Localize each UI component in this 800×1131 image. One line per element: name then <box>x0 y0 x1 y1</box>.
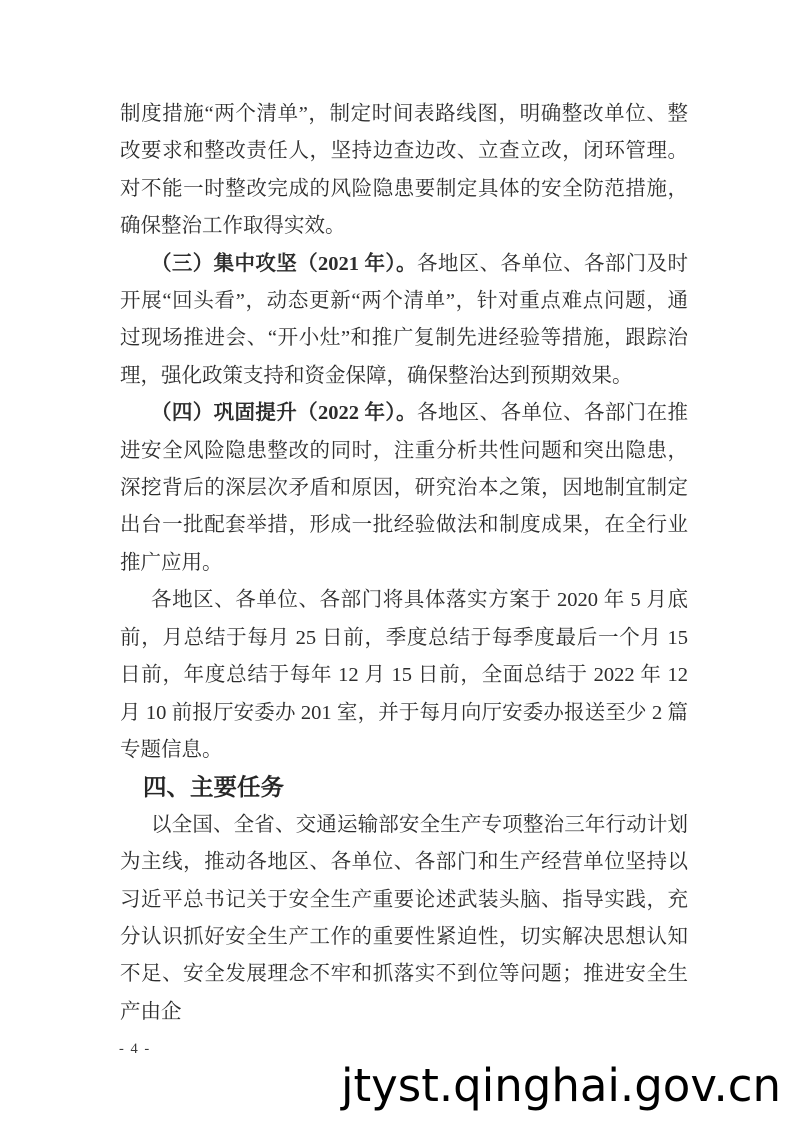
paragraph-reporting-schedule: 各地区、各单位、各部门将具体落实方案于 2020 年 5 月底前，月总结于每月 … <box>120 582 688 769</box>
paragraph-text: 各地区、各单位、各部门在推进安全风险隐患整改的同时，注重分析共性问题和突出隐患，… <box>120 402 688 574</box>
paragraph-text: 制度措施“两个清单”，制定时间表路线图，明确整改单位、整改要求和整改责任人，坚持… <box>120 103 688 237</box>
section-heading-main-tasks: 四、主要任务 <box>143 769 688 806</box>
page-number: - 4 - <box>119 1041 151 1058</box>
paragraph-item-3: （三）集中攻坚（2021 年）。各地区、各单位、各部门及时开展“回头看”，动态更… <box>120 246 688 396</box>
document-body: 制度措施“两个清单”，制定时间表路线图，明确整改单位、整改要求和整改责任人，坚持… <box>120 96 688 1031</box>
document-page: 制度措施“两个清单”，制定时间表路线图，明确整改单位、整改要求和整改责任人，坚持… <box>0 0 800 1131</box>
paragraph-continuation: 制度措施“两个清单”，制定时间表路线图，明确整改单位、整改要求和整改责任人，坚持… <box>120 96 688 246</box>
site-watermark: jtyst.qinghai.gov.cn <box>341 1061 781 1111</box>
paragraph-text: 以全国、全省、交通运输部安全生产专项整治三年行动计划为主线，推动各地区、各单位、… <box>120 814 688 1023</box>
paragraph-main-tasks-intro: 以全国、全省、交通运输部安全生产专项整治三年行动计划为主线，推动各地区、各单位、… <box>120 807 688 1031</box>
paragraph-item-4: （四）巩固提升（2022 年）。各地区、各单位、各部门在推进安全风险隐患整改的同… <box>120 395 688 582</box>
paragraph-bold-lead: （四）巩固提升（2022 年）。 <box>151 402 417 424</box>
paragraph-text: 各地区、各单位、各部门将具体落实方案于 2020 年 5 月底前，月总结于每月 … <box>120 589 688 761</box>
paragraph-bold-lead: （三）集中攻坚（2021 年）。 <box>151 253 417 275</box>
